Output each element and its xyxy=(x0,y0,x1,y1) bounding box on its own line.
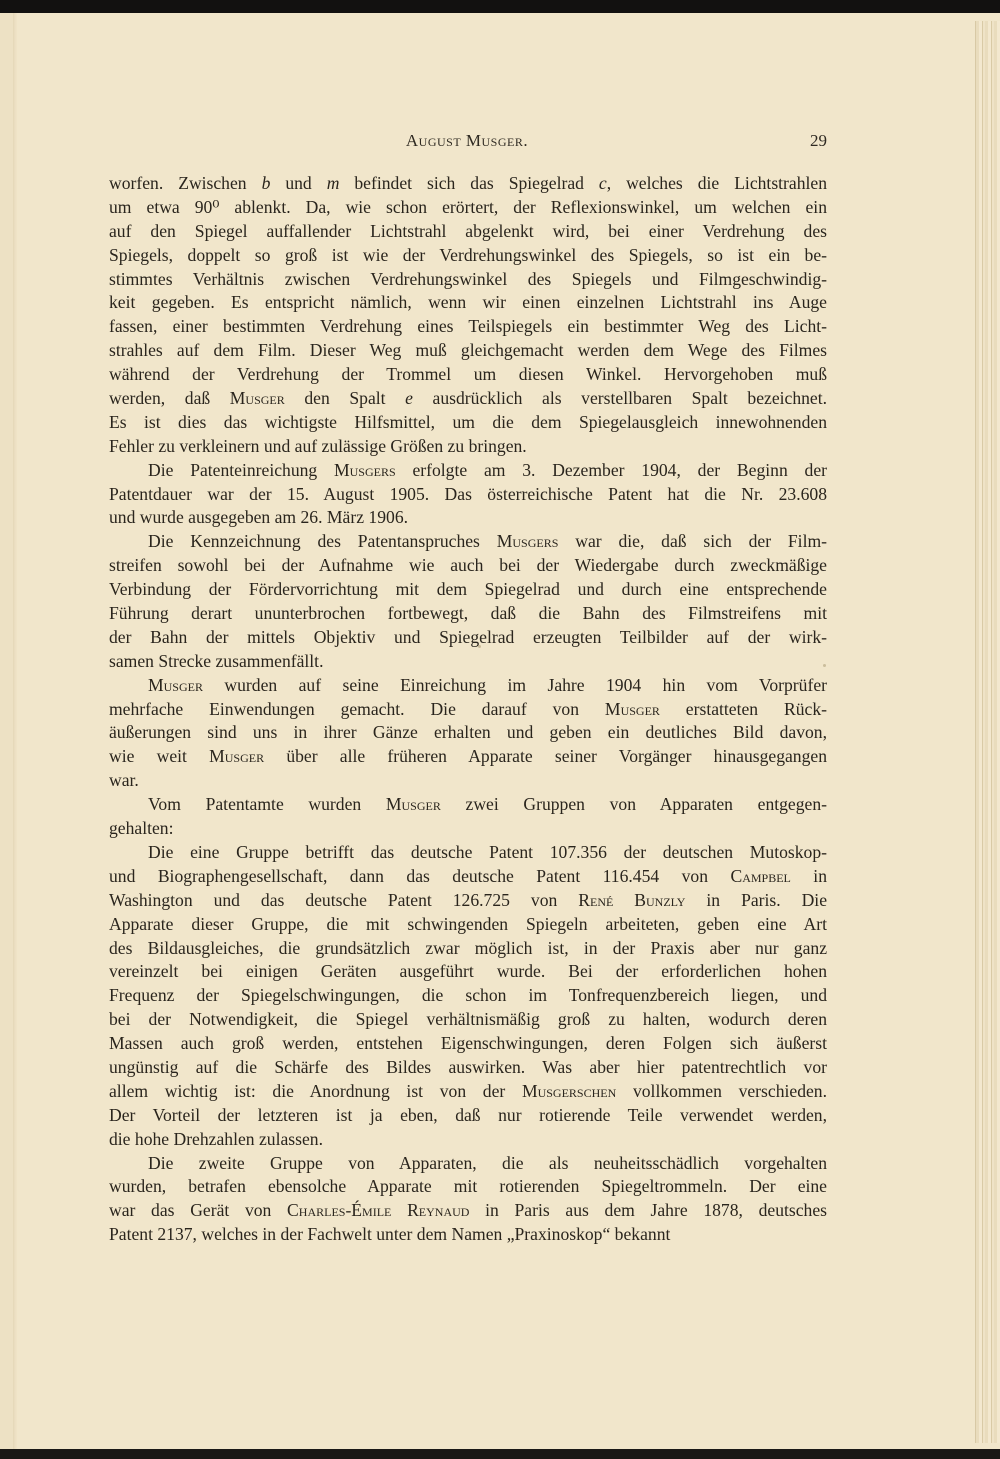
text-line: und Biographengesellschaft, dann das deu… xyxy=(109,865,827,889)
running-title: August Musger. xyxy=(107,131,827,151)
text-line: mehrfache Einwendungen gemacht. Die dara… xyxy=(109,698,827,722)
text-line: Die eine Gruppe betrifft das deutsche Pa… xyxy=(109,841,827,865)
text-line: Washington und das deutsche Patent 126.7… xyxy=(109,889,827,913)
figure-letter: m xyxy=(327,173,340,193)
text-line: des Bildausgleiches, die grundsätzlich z… xyxy=(109,937,827,961)
text-line: Führung derart ununterbrochen fortbewegt… xyxy=(109,602,827,626)
text-line: gehalten: xyxy=(109,817,827,841)
text-line: war. xyxy=(109,769,827,793)
text-line: fassen, einer bestimmten Verdrehung eine… xyxy=(109,315,827,339)
text-line: worfen. Zwischen b und m befindet sich d… xyxy=(109,172,827,196)
text-line: Fehler zu verkleinern und auf zulässige … xyxy=(109,435,827,459)
text-line: Die zweite Gruppe von Apparaten, die als… xyxy=(109,1152,827,1176)
text-line: war das Gerät von Charles-Émile Reynaud … xyxy=(109,1199,827,1223)
text-line: keit gegeben. Es entspricht nämlich, wen… xyxy=(109,291,827,315)
text-line: Verbindung der Fördervorrichtung mit dem… xyxy=(109,578,827,602)
text-line: Vom Patentamte wurden Musger zwei Gruppe… xyxy=(109,793,827,817)
text-line: und wurde ausgegeben am 26. März 1906. xyxy=(109,506,827,530)
text-line: während der Verdrehung der Trommel um di… xyxy=(109,363,827,387)
paragraph: Musger wurden auf seine Einreichung im J… xyxy=(109,674,827,793)
text-line: der Bahn der mittels Objektiv und Spiege… xyxy=(109,626,827,650)
gutter-shade xyxy=(0,13,13,1451)
text-line: streifen sowohl bei der Aufnahme wie auc… xyxy=(109,554,827,578)
gutter-fold xyxy=(13,13,17,1451)
person-name: Musgerschen xyxy=(522,1081,616,1101)
person-name: René Bunzly xyxy=(578,890,685,910)
scan-border-bottom xyxy=(0,1449,1000,1459)
text-line: stimmtes Verhältnis zwischen Verdrehungs… xyxy=(109,268,827,292)
page-number: 29 xyxy=(810,131,827,151)
paragraph: Die zweite Gruppe von Apparaten, die als… xyxy=(109,1152,827,1248)
text-line: äußerungen sind uns in ihrer Gänze erhal… xyxy=(109,721,827,745)
figure-letter: b xyxy=(262,173,271,193)
figure-letter: c xyxy=(599,173,607,193)
text-line: Die Kennzeichnung des Patentanspruches M… xyxy=(109,530,827,554)
paragraph: Die Patenteinreichung Musgers erfolgte a… xyxy=(109,459,827,531)
text-line: Patentdauer war der 15. August 1905. Das… xyxy=(109,483,827,507)
text-line: strahles auf dem Film. Dieser Weg muß gl… xyxy=(109,339,827,363)
person-name: Campbel xyxy=(730,866,790,886)
text-line: werden, daß Musger den Spalt e ausdrückl… xyxy=(109,387,827,411)
person-name: Musger xyxy=(386,794,441,814)
person-name: Musger xyxy=(605,699,660,719)
text-line: bei der Notwendigkeit, die Spiegel verhä… xyxy=(109,1008,827,1032)
paragraph: Vom Patentamte wurden Musger zwei Gruppe… xyxy=(109,793,827,841)
text-line: die hohe Drehzahlen zulassen. xyxy=(109,1128,827,1152)
text-line: wie weit Musger über alle früheren Appar… xyxy=(109,745,827,769)
text-line: samen Strecke zusammenfällt. xyxy=(109,650,827,674)
text-line: Der Vorteil der letzteren ist ja eben, d… xyxy=(109,1104,827,1128)
person-name: Musger xyxy=(148,675,203,695)
scan-border-top xyxy=(0,0,1000,14)
person-name: Musgers xyxy=(334,460,396,480)
page-edges xyxy=(975,21,1000,1443)
figure-letter: e xyxy=(405,388,413,408)
text-line: Spiegels, doppelt so groß ist wie der Ve… xyxy=(109,244,827,268)
person-name: Musger xyxy=(209,746,264,766)
text-line: ungünstig auf die Schärfe des Bildes aus… xyxy=(109,1056,827,1080)
text-line: Apparate dieser Gruppe, die mit schwinge… xyxy=(109,913,827,937)
running-head: August Musger. 29 xyxy=(107,131,827,155)
text-line: Frequenz der Spiegelschwingungen, die sc… xyxy=(109,984,827,1008)
text-line: um etwa 90⁰ ablenkt. Da, wie schon erört… xyxy=(109,196,827,220)
person-name: Musgers xyxy=(497,531,559,551)
text-line: vereinzelt bei einigen Geräten ausgeführ… xyxy=(109,960,827,984)
text-line: wurden, betrafen ebensolche Apparate mit… xyxy=(109,1175,827,1199)
text-line: auf den Spiegel auffallender Lichtstrahl… xyxy=(109,220,827,244)
paragraph: worfen. Zwischen b und m befindet sich d… xyxy=(109,172,827,459)
text-line: Massen auch groß werden, entstehen Eigen… xyxy=(109,1032,827,1056)
person-name: Musger xyxy=(230,388,285,408)
text-line: Die Patenteinreichung Musgers erfolgte a… xyxy=(109,459,827,483)
text-line: Patent 2137, welches in der Fachwelt unt… xyxy=(109,1223,827,1247)
person-name: Charles-Émile Reynaud xyxy=(287,1200,469,1220)
text-line: allem wichtig ist: die Anordnung ist von… xyxy=(109,1080,827,1104)
paragraph: Die Kennzeichnung des Patentanspruches M… xyxy=(109,530,827,673)
text-line: Musger wurden auf seine Einreichung im J… xyxy=(109,674,827,698)
body-text: worfen. Zwischen b und m befindet sich d… xyxy=(109,172,827,1247)
paragraph: Die eine Gruppe betrifft das deutsche Pa… xyxy=(109,841,827,1152)
text-line: Es ist dies das wichtigste Hilfsmittel, … xyxy=(109,411,827,435)
